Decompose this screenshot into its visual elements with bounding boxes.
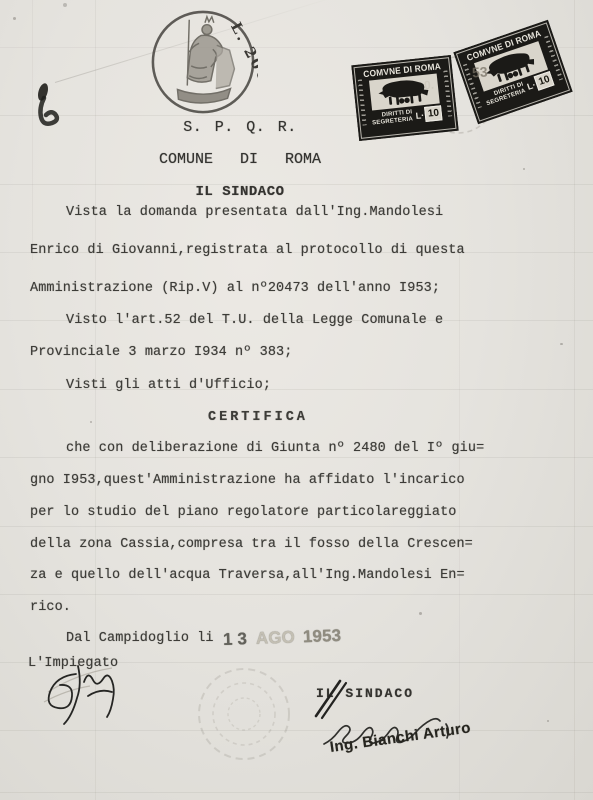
paper-speck [547, 720, 549, 722]
paper-crease [0, 526, 593, 527]
body-line: per lo studio del piano regolatore parti… [30, 505, 456, 520]
seated-roma-figure-icon [177, 17, 234, 103]
letterhead-title: IL SINDACO [0, 184, 480, 200]
body-line: rico. [30, 600, 71, 615]
revenue-stamp: COMVNE DI ROMA DIRITTI DI SEGRETERIA [351, 55, 458, 141]
paper-speck [560, 343, 563, 345]
fiscal-seal: L. 200 [148, 7, 258, 117]
slash-strokes [316, 681, 346, 718]
body-line: Visti gli atti d'Ufficio; [30, 378, 271, 393]
body-line: che con deliberazione di Giunta nº 2480 … [30, 441, 484, 456]
stamp-duty-label: DIRITTI DI SEGRETERIA [371, 109, 413, 126]
certifica-heading: CERTIFICA [30, 410, 308, 425]
date-stamp-year: 1953 [302, 626, 341, 646]
paper-crease [0, 792, 593, 793]
scanned-certificate-page: L. 200 COMVNE DI ROMA DIRITTI DI [0, 0, 593, 800]
paper-speck [13, 17, 16, 20]
body-line: Vista la domanda presentata dall'Ing.Man… [30, 205, 443, 220]
postmark-fragment: 0. [423, 78, 434, 93]
body-line: Provinciale 3 marzo I934 nº 383; [30, 345, 292, 360]
postmark-fragment: 53 [471, 63, 488, 80]
paper-speck [419, 612, 422, 615]
body-line: della zona Cassia,compresa tra il fosso … [30, 537, 473, 552]
stamp-value: 10 [534, 71, 555, 91]
date-stamp-month: AGO [255, 628, 295, 648]
body-line: Amministrazione (Rip.V) al nº20473 dell'… [30, 281, 440, 296]
paper-speck [63, 3, 67, 7]
faded-round-stamp [196, 666, 292, 762]
body-line: Enrico di Giovanni,registrata al protoco… [30, 243, 465, 258]
body-line: Visto l'art.52 del T.U. della Legge Comu… [30, 313, 443, 328]
paper-crease [0, 457, 593, 458]
date-stamp-day: 13 [222, 629, 252, 649]
stamp-value: 10 [424, 105, 442, 122]
body-line: gno I953,quest'Amministrazione ha affida… [30, 473, 465, 488]
impiegato-signature [38, 658, 158, 738]
paper-crease [0, 594, 593, 595]
stamp-currency: L· [415, 110, 424, 121]
paper-crease [574, 0, 575, 800]
body-line: za e quello dell'acqua Traversa,all'Ing.… [30, 568, 465, 583]
paper-speck [523, 168, 525, 170]
dateline: Dal Campidoglio li13AGO1953 [30, 628, 341, 648]
dateline-prefix: Dal Campidoglio li [66, 631, 214, 646]
letterhead-comune: COMUNE DI ROMA [0, 151, 480, 168]
date-stamp: 13AGO1953 [222, 626, 341, 650]
